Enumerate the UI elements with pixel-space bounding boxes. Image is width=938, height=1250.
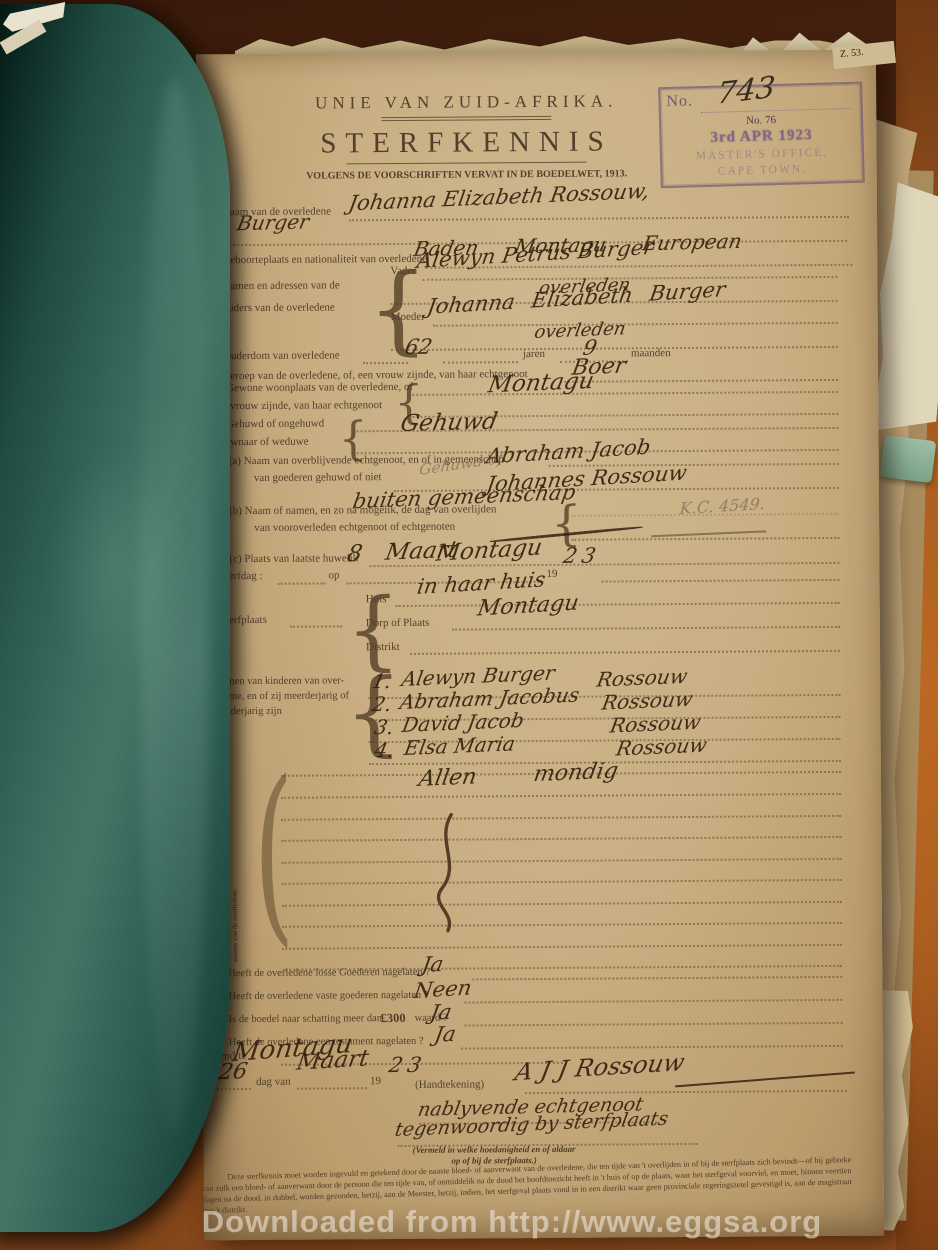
header-rule (381, 119, 551, 121)
ink-squiggle (421, 812, 482, 934)
hw-woonplaats: Montagu (486, 370, 595, 397)
stamp-office-line2: CAPE TOWN. (662, 162, 862, 180)
photo-scene: Z. 53. UNIE VAN ZUID-AFRIKA. STERFKENNIS… (0, 0, 938, 1250)
green-bookmark-tab (880, 435, 937, 483)
signature-note-1: (Vermeld in welke hoedanigheid en of ald… (391, 1144, 596, 1155)
hw-q13: Ja (429, 1002, 454, 1024)
dotted-line (282, 879, 842, 885)
death-notice-form: UNIE VAN ZUID-AFRIKA. STERFKENNIS VOLGEN… (196, 50, 884, 1241)
field-label-op: op (328, 569, 339, 581)
q13-amount: £300 (381, 1011, 406, 1026)
field-label-kinderen-1: Namen van kinderen van over- (214, 675, 344, 687)
field-label-distrikt: Distrikt (366, 641, 400, 653)
dotted-line (465, 1022, 843, 1027)
field-label-c: (c) Plaats van laatste huwelik (229, 552, 358, 565)
hw-q11: Ja (420, 954, 445, 976)
stamp-office-line1: MASTER'S OFFICE, (662, 146, 862, 164)
dotted-line (525, 1090, 847, 1094)
dotted-line (410, 650, 840, 655)
dotted-line (282, 858, 842, 864)
field-label-q11: Heeft de overledene losse Goederen nagel… (228, 967, 430, 979)
field-label-handtekening: (Handtekening) (415, 1078, 484, 1090)
field-label-beroep: Beroep van de overledene, of, een vrouw … (223, 368, 528, 382)
stamp-number-handwritten: 743 (716, 73, 777, 110)
field-label-ouders-2: ouders van de overledene (223, 301, 335, 314)
field-label-dag-van: dag van (256, 1076, 291, 1088)
dotted-line (433, 322, 838, 327)
printed-year-19: 19 (370, 1075, 381, 1087)
hw-child-name: Elsa Maria (403, 733, 517, 758)
field-label-ouderdom: Ouderdom van overledene (223, 349, 340, 362)
field-label-kinderen-2: ledene, en of zij meerderjarig of (214, 690, 349, 702)
watermark: Downloaded from http://www.eggsa.org (152, 1204, 872, 1240)
dotted-line (278, 582, 326, 584)
field-label-ouders-1: Namen en adressen van de (222, 279, 339, 292)
pencil-underline (651, 530, 766, 537)
page-code: Z. 53. (840, 47, 864, 60)
hw-child-surname: Rossouw (609, 712, 703, 736)
header-rule (347, 162, 587, 165)
form-country-title: UNIE VAN ZUID-AFRIKA. (241, 91, 691, 114)
hw-a-line1: Abraham Jacob (485, 437, 652, 468)
dotted-line (349, 216, 849, 221)
dotted-line (602, 579, 840, 583)
printed-year-19: 19 (546, 568, 557, 580)
hw-sterfdag: 8 Maart (345, 539, 459, 567)
hw-signature: A J J Rossouw (513, 1050, 687, 1084)
hw-dated-day: 26 (217, 1061, 249, 1084)
field-label-q12: Heeft de overledene vaste goederen nagel… (228, 990, 428, 1002)
office-stamp: No. 743 No. 76 3rd APR 1923 MASTER'S OFF… (658, 82, 865, 189)
hw-dorp: Montagu (476, 593, 580, 621)
dotted-line (396, 602, 840, 607)
dotted-line (282, 944, 842, 950)
hw-child-surname: Rossouw (595, 666, 689, 690)
book-cover (0, 4, 230, 1232)
dotted-line (443, 361, 518, 364)
hw-q12: Neen (412, 978, 473, 1002)
field-label-moeder: Moeder (391, 311, 425, 323)
cover-blotch (51, 446, 181, 686)
dotted-line (452, 626, 840, 631)
stamp-no-label: No. (666, 92, 693, 111)
field-label-q13-pre: Is de boedel naar schatting meer dan (229, 1013, 382, 1025)
hw-ouderdom-years: 62 (403, 337, 434, 358)
field-label-b-1: (b) Naam of namen, en zo na mogelik, de … (229, 503, 496, 517)
dotted-line (282, 922, 842, 928)
field-label-b-2: van vooroverleden echtgenoot of echtgeno… (254, 521, 455, 534)
hw-gehuwd: Gehuwd (399, 411, 500, 436)
field-label-maanden: maanden (631, 347, 671, 359)
dotted-line (297, 1087, 367, 1089)
hw-sterfdag-year: 23 (561, 546, 602, 567)
dotted-line (461, 1045, 843, 1050)
dotted-line (472, 976, 842, 981)
hw-q14: Ja (433, 1024, 458, 1046)
dotted-line (391, 346, 838, 351)
dotted-line (281, 793, 841, 799)
field-label-woonplaats-1: Gewone woonplaats van de overledene, of (226, 381, 413, 394)
dotted-line (281, 815, 841, 821)
field-label-vader: Vader (390, 265, 416, 277)
dotted-line (281, 836, 841, 842)
field-label-a-2: van goederen gehuwd of niet (254, 471, 382, 484)
header-rule (381, 116, 551, 118)
field-label-jaren: jaren (523, 348, 545, 360)
hw-dated-year: 23 (387, 1055, 428, 1076)
field-label-huis: Huis (366, 593, 387, 605)
field-label-dorp: Dorp of Plaats (366, 617, 430, 629)
hw-naam-line1: Johanna Elizabeth Rossouw, (347, 181, 651, 215)
dotted-line (560, 379, 838, 383)
dotted-line (412, 391, 838, 396)
stamp-date: 3rd APR 1923 (661, 126, 861, 149)
dotted-line (571, 537, 839, 541)
dotted-line (363, 362, 408, 364)
signature-flourish (675, 1072, 855, 1088)
open-paren: ( (253, 756, 295, 949)
form-title: STERFKENNIS (241, 125, 691, 161)
hw-dated-month: Maart (295, 1047, 370, 1074)
dotted-line (282, 901, 842, 907)
hw-allen-mondig: Allen mondig (417, 761, 620, 791)
hw-child-name: Abraham Jacobus (398, 685, 581, 712)
field-label-gehuwd-1: Gehuwd of ongehuwd (226, 418, 324, 431)
hw-moeder-note: overleden (533, 320, 627, 342)
dotted-line (290, 625, 342, 627)
hw-child-surname: Rossouw (615, 735, 709, 759)
hw-child-surname: Rossouw (600, 689, 694, 713)
dotted-line (464, 999, 842, 1004)
